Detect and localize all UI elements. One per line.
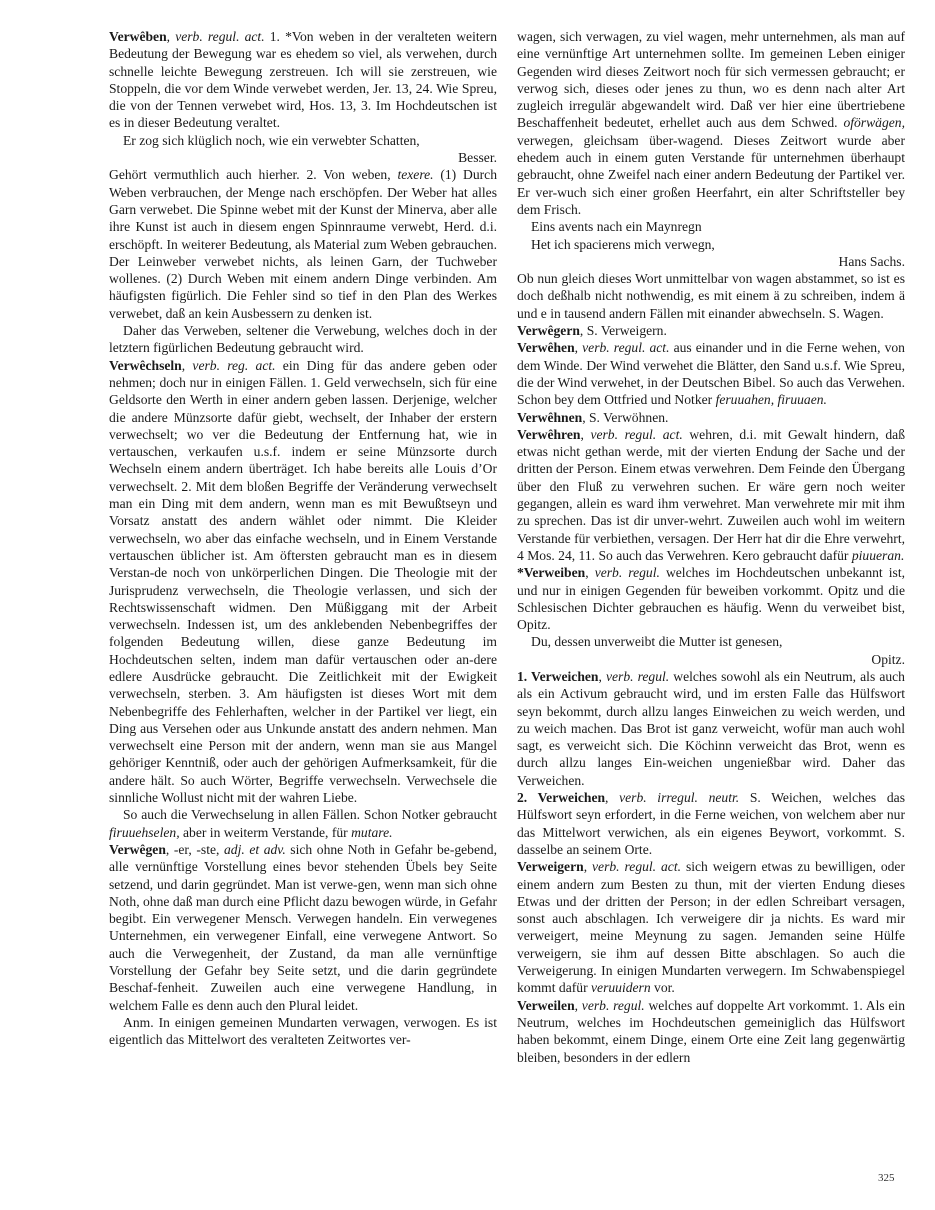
verse-line: Eins avents nach ein Maynregn [517,218,905,235]
paragraph: So auch die Verwechselung in allen Fälle… [109,806,497,841]
entry-verwegern: Verwêgern, S. Verweigern. [517,322,905,339]
paragraph: Daher das Verweben, seltener die Verwebu… [109,322,497,357]
paragraph: Gehört vermuthlich auch hierher. 2. Von … [109,166,497,322]
entry-verwegen: Verwêgen, -er, -ste, adj. et adv. sich o… [109,841,497,1014]
verse-line: Er zog sich klüglich noch, wie ein verwe… [109,132,497,149]
headword: Verwêhren [517,427,580,442]
verse-attribution: Opitz. [517,651,905,668]
entry-text: sich ohne Noth in Gefahr be-gebend, alle… [109,842,497,1013]
entry-text: 1. *Von weben in der veralteten weitern … [109,29,497,130]
headword: *Verweiben [517,565,585,580]
entry-verwechseln: Verwêchseln, verb. reg. act. ein Ding fü… [109,357,497,807]
grammar-label: verb. regul. act. [590,427,682,442]
entry-verweiben: *Verweiben, verb. regul. welches im Hoch… [517,564,905,633]
cross-reference: , S. Verweigern. [580,323,667,338]
verse-attribution: Hans Sachs. [517,253,905,270]
paragraph: wagen, sich verwagen, zu viel wagen, meh… [517,28,905,218]
grammar-label: verb. regul. act. [175,29,264,44]
grammar-label: verb. regul. act. [582,340,669,355]
grammar-label: verb. reg. act. [192,358,275,373]
page-number: 325 [878,1172,895,1184]
dictionary-page: Verwêben, verb. regul. act. 1. *Von webe… [0,0,935,1210]
headword: Verweilen [517,998,575,1013]
old-german-form: feruuahen, firuuaen. [716,392,827,407]
headword: Verwêhnen [517,410,582,425]
left-column: Verwêben, verb. regul. act. 1. *Von webe… [109,28,497,1049]
grammar-label: verb. regul. [582,998,645,1013]
grammar-label: verb. regul. [595,565,660,580]
entry-verweichen-1: 1. Verweichen, verb. regul. welches sowo… [517,668,905,789]
headword: Verwêhen [517,340,575,355]
paragraph: Ob nun gleich dieses Wort unmittelbar vo… [517,270,905,322]
entry-verweichen-2: 2. Verweichen, verb. irregul. neutr. S. … [517,789,905,858]
grammar-label: verb. irregul. neutr. [619,790,739,805]
entry-verwehnen: Verwêhnen, S. Verwöhnen. [517,409,905,426]
verse-line: Du, dessen unverweibt die Mutter ist gen… [517,633,905,650]
paragraph: Anm. In einigen gemeinen Mundarten verwa… [109,1014,497,1049]
headword: Verweigern [517,859,584,874]
entry-verwehren: Verwêhren, verb. regul. act. wehren, d.i… [517,426,905,564]
entry-text: welches sowohl als ein Neutrum, als auch… [517,669,905,788]
headword: Verwêben [109,29,167,44]
headword: 1. Verweichen [517,669,598,684]
verse-attribution: Besser. [109,149,497,166]
entry-verweigern: Verweigern, verb. regul. act. sich weige… [517,858,905,996]
entry-verweilen: Verweilen, verb. regul. welches auf dopp… [517,997,905,1066]
cross-reference: , S. Verwöhnen. [582,410,668,425]
entry-verwehen: Verwêhen, verb. regul. act. aus einander… [517,339,905,408]
headword: Verwêgern [517,323,580,338]
entry-text: wehren, d.i. mit Gewalt hindern, daß etw… [517,427,905,563]
old-german-form: piuueran. [852,548,904,563]
grammar-label: verb. regul. act. [592,859,681,874]
entry-verweben: Verwêben, verb. regul. act. 1. *Von webe… [109,28,497,132]
verse-line: Het ich spacierens mich verwegn, [517,236,905,253]
entry-text: sich weigern etwas zu bewilligen, oder e… [517,859,905,995]
headword: Verwêgen [109,842,166,857]
grammar-label: verb. regul. [606,669,669,684]
grammar-label: adj. et adv. [224,842,286,857]
old-german-form: firuuehselen, [109,825,180,840]
right-column: wagen, sich verwagen, zu viel wagen, meh… [517,28,905,1066]
entry-text: ein Ding für das andere geben oder nehme… [109,358,497,805]
latin-gloss: mutare. [351,825,392,840]
headword: 2. Verweichen [517,790,605,805]
latin-gloss: texere. [397,167,433,182]
headword: Verwêchseln [109,358,182,373]
old-german-form: veruuidern [591,980,651,995]
swedish-form: oförwägen, [843,115,905,130]
